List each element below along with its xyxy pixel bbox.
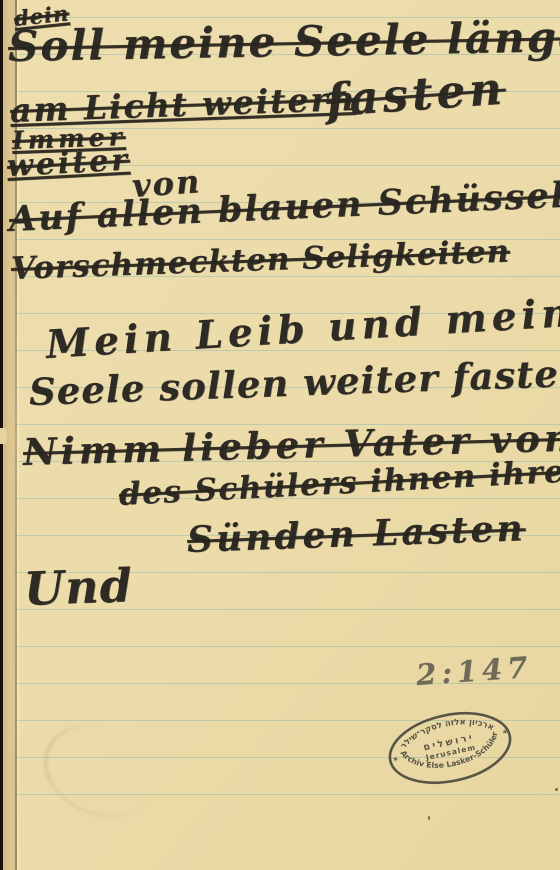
handwritten-line: Vorschmeckten Seligkeiten bbox=[10, 237, 510, 285]
handwritten-line: fasten bbox=[324, 65, 507, 122]
handwritten-line: Auf allen blauen Schüsseln bbox=[8, 177, 560, 237]
handwritten-line: am Licht weitern bbox=[9, 82, 356, 127]
ink-speck bbox=[555, 788, 558, 791]
archive-number: 2:147 bbox=[415, 650, 534, 692]
handwritten-line: weiter bbox=[6, 146, 130, 182]
handwritten-line: Sünden Lasten bbox=[186, 510, 526, 558]
edge-notch bbox=[0, 428, 7, 444]
manuscript-scan: dein Soll meine Seele länger am Licht we… bbox=[0, 0, 560, 870]
handwritten-line: Und bbox=[23, 562, 133, 612]
show-through-mark bbox=[29, 709, 167, 834]
ink-speck bbox=[428, 816, 430, 820]
archive-stamp: ארכיון אלזה לסקר־שילר ירושלים Jerusalem … bbox=[382, 702, 522, 796]
stamp-left-mark: * bbox=[393, 756, 400, 767]
handwritten-line: Soll meine Seele länger bbox=[8, 15, 560, 68]
